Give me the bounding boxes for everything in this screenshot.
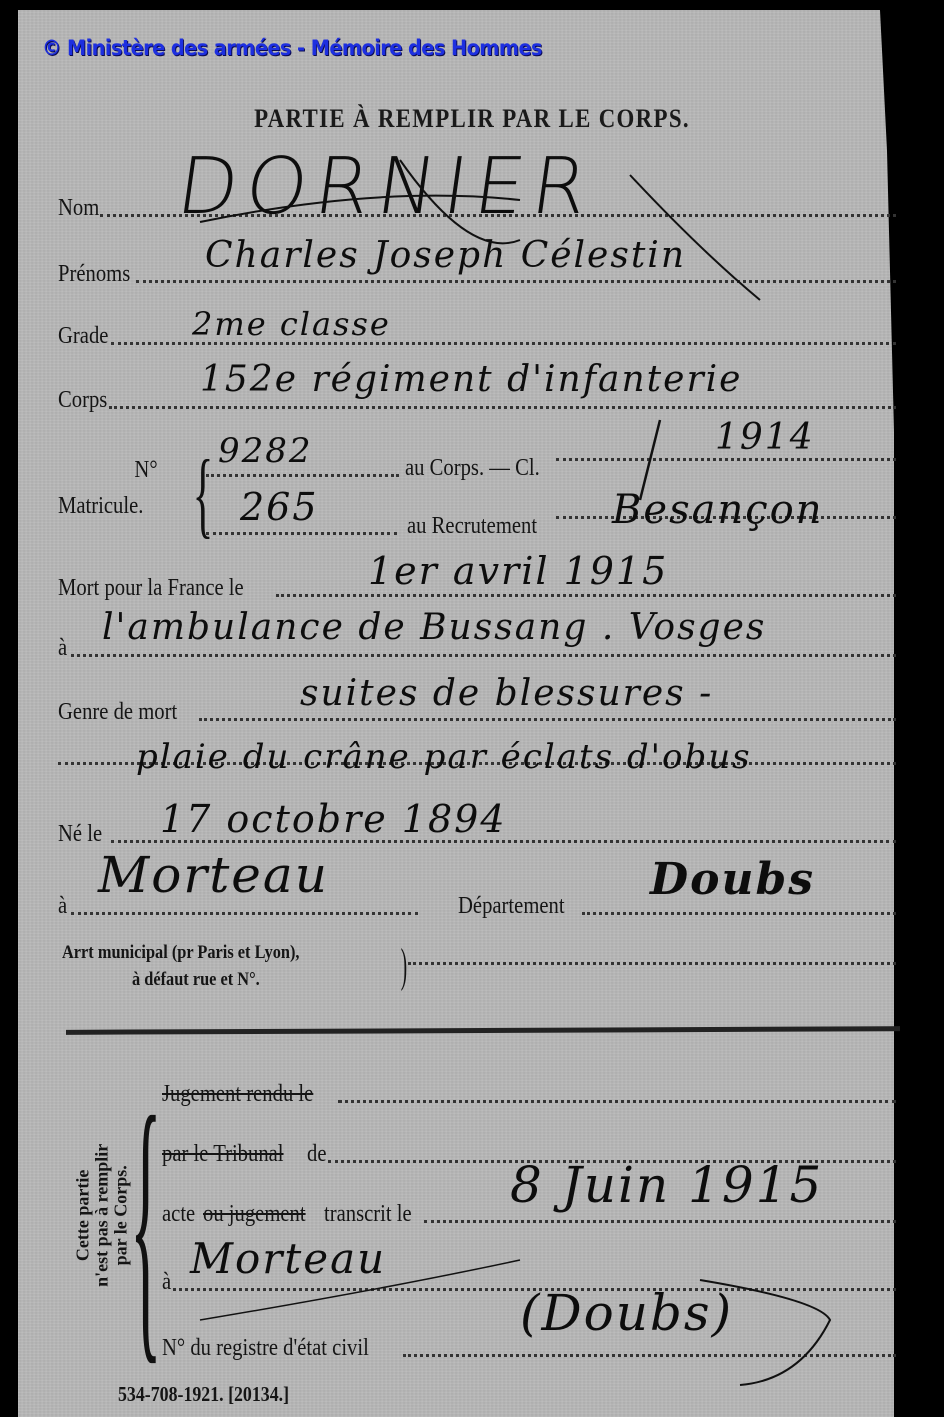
field-jugement-rendu: Jugement rendu le — [162, 1082, 896, 1106]
grade-value: 2me classe — [192, 308, 391, 340]
acte-label-start: acte — [162, 1202, 195, 1226]
side-note-line1: Cette partie — [74, 1143, 93, 1286]
field-grade: Grade — [58, 324, 896, 348]
transcription-lieu-value: Morteau — [190, 1238, 386, 1280]
recrutement-value: Besançon — [612, 490, 823, 530]
dotted-line — [582, 910, 896, 915]
side-note-line3: par le Corps. — [111, 1143, 130, 1286]
acte-label-rest: transcrit le — [324, 1202, 412, 1226]
arrondissement-brace: ) — [401, 942, 407, 990]
transcription-brace: { — [130, 1072, 162, 1372]
dotted-line — [424, 1218, 896, 1223]
nom-label: Nom — [58, 196, 99, 220]
transcription-lieu-label: à — [162, 1270, 171, 1294]
matricule-label-line1: N° — [119, 458, 172, 482]
mort-label: Mort pour la France le — [58, 576, 244, 600]
corps-value: 152e régiment d'infanterie — [200, 362, 742, 398]
lieu-naissance-label: à — [58, 894, 67, 918]
form-heading: PARTIE À REMPLIR PAR LE CORPS. — [57, 104, 888, 134]
arrondissement-label-line2: à défaut rue et N°. — [132, 970, 260, 989]
departement-label: Département — [458, 894, 565, 918]
jugement-rendu-label: Jugement rendu le — [162, 1082, 313, 1106]
lieu-naissance-value: Morteau — [98, 850, 329, 900]
acte-value: 8 Juin 1915 — [510, 1160, 823, 1210]
au-recrutement-label: au Recrutement — [407, 514, 537, 538]
ne-le-label: Né le — [58, 822, 102, 846]
registre-value: (Doubs) — [520, 1288, 733, 1338]
au-corps-label: au Corps. — Cl. — [405, 456, 540, 480]
side-note-line2: n'est pas à remplir — [93, 1143, 112, 1286]
grade-label: Grade — [58, 324, 108, 348]
dotted-line — [199, 716, 896, 721]
acte-label-struck: ou jugement — [203, 1202, 306, 1226]
prenoms-label: Prénoms — [58, 262, 130, 286]
dotted-line — [338, 1098, 896, 1103]
dotted-line — [206, 472, 399, 477]
prenoms-value: Charles Joseph Célestin — [205, 238, 686, 274]
registre-label: N° du registre d'état civil — [162, 1336, 369, 1360]
classe-value: 1914 — [715, 420, 815, 456]
corps-label: Corps — [58, 388, 107, 412]
dotted-line — [403, 1352, 896, 1357]
dotted-line — [408, 960, 896, 965]
ne-le-value: 17 octobre 1894 — [160, 800, 507, 838]
arrondissement-label-line1: Arrt municipal (pr Paris et Lyon), — [62, 943, 300, 962]
genre-label: Genre de mort — [58, 700, 177, 724]
lieu-deces-value: l'ambulance de Bussang . Vosges — [102, 610, 766, 646]
genre-value-line1: suites de blessures - — [300, 676, 713, 712]
dotted-line — [206, 530, 397, 535]
departement-value: Doubs — [650, 858, 815, 902]
matricule-label-line2: Matricule. — [58, 494, 143, 518]
dotted-line — [71, 652, 896, 657]
tribunal-label-struck: par le Tribunal — [162, 1142, 284, 1166]
mort-value: 1er avril 1915 — [368, 552, 668, 590]
dotted-line — [109, 404, 896, 409]
side-note-text: Cette partie n'est pas à remplir par le … — [74, 1143, 131, 1286]
dotted-line — [71, 910, 418, 915]
au-corps-value: 9282 — [218, 434, 313, 468]
matricule-label: N° — [115, 458, 171, 482]
print-code: 534-708-1921. [20134.] — [118, 1382, 289, 1407]
lieu-deces-label: à — [58, 636, 67, 660]
field-arrondissement — [408, 960, 896, 968]
recrutement-number: 265 — [240, 488, 319, 526]
tribunal-label-rest: de — [307, 1142, 326, 1166]
genre-value-line2: plaie du crâne par éclats d'obus — [136, 740, 752, 774]
copyright-watermark: © Ministère des armées - Mémoire des Hom… — [42, 36, 542, 60]
dotted-line — [136, 278, 896, 283]
nom-value: DORNIER — [173, 148, 600, 226]
